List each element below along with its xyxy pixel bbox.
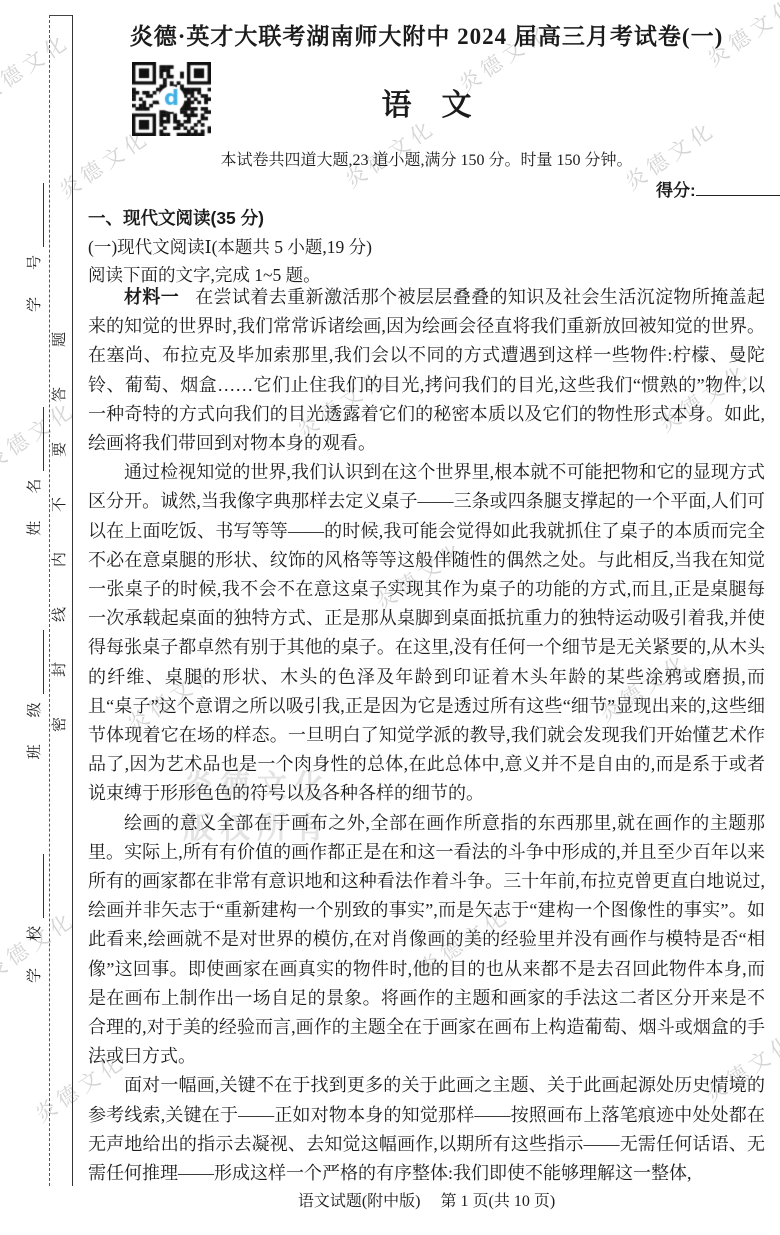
score-blank (696, 190, 780, 196)
margin-solid-line (72, 15, 73, 1186)
material-1-paragraph: 材料一在尝试着去重新激活那个被层层叠叠的知识及社会生活沉淀物所掩盖起来的知觉的世… (88, 283, 765, 458)
student-id-label: 学 号 (23, 249, 44, 312)
exam-instructions: 本试卷共四道大题,23 道小题,满分 150 分。时量 150 分钟。 (88, 147, 765, 170)
page-footer: 语文试题(附中版) 第 1 页(共 10 页) (88, 1188, 765, 1211)
name-blank (39, 407, 44, 471)
seal-line-top-connector (49, 15, 72, 16)
paragraph-4: 面对一幅画,关键不在于找到更多的关于此画之主题、关于此画起源处历史情境的参考线索… (88, 1071, 765, 1188)
watermark: 炎德文化 (0, 25, 75, 108)
seal-line-text: 密封线内不要答题 (48, 292, 72, 732)
paragraph-2: 通过检视知觉的世界,我们认识到在这个世界里,根本就不可能把物和它的显现方式区分开… (88, 458, 765, 808)
class-field: 班 级 (23, 630, 44, 759)
exam-paper-page: 炎德文化炎德文化炎德文化炎德文化炎德文化炎德文化炎德文化炎德文化炎德文化炎德文化… (0, 0, 780, 1235)
subject-title: 语 文 (88, 80, 765, 124)
exam-title: 炎德·英才大联考湖南师大附中 2024 届高三月考试卷(一) (88, 18, 765, 51)
score-line: 得分: (656, 176, 780, 201)
school-field: 学 校 (23, 854, 44, 983)
material-label: 材料一 (124, 287, 179, 307)
school-blank (39, 854, 44, 918)
class-label: 班 级 (23, 696, 44, 759)
student-id-blank (39, 183, 44, 247)
student-id-field: 学 号 (23, 183, 44, 312)
school-label: 学 校 (23, 920, 44, 983)
passage-body: 材料一在尝试着去重新激活那个被层层叠叠的知识及社会生活沉淀物所掩盖起来的知觉的世… (88, 283, 765, 1188)
paragraph-3: 绘画的意义全部在于画布之外,全部在画作所意指的东西那里,就在画作的主题那里。实际… (88, 809, 765, 1072)
class-blank (39, 630, 44, 694)
name-label: 姓 名 (23, 473, 44, 536)
score-label: 得分: (656, 181, 696, 200)
section-heading-part1: 一、现代文阅读(35 分) (88, 204, 765, 233)
subsection-heading: (一)现代文阅读Ⅰ(本题共 5 小题,19 分) (88, 233, 765, 262)
name-field: 姓 名 (23, 407, 44, 536)
paragraph-text-1: 在尝试着去重新激活那个被层层叠叠的知识及社会生活沉淀物所掩盖起来的知觉的世界时,… (88, 287, 765, 453)
student-info-fields: 学 校 班 级 姓 名 学 号 (16, 183, 44, 983)
